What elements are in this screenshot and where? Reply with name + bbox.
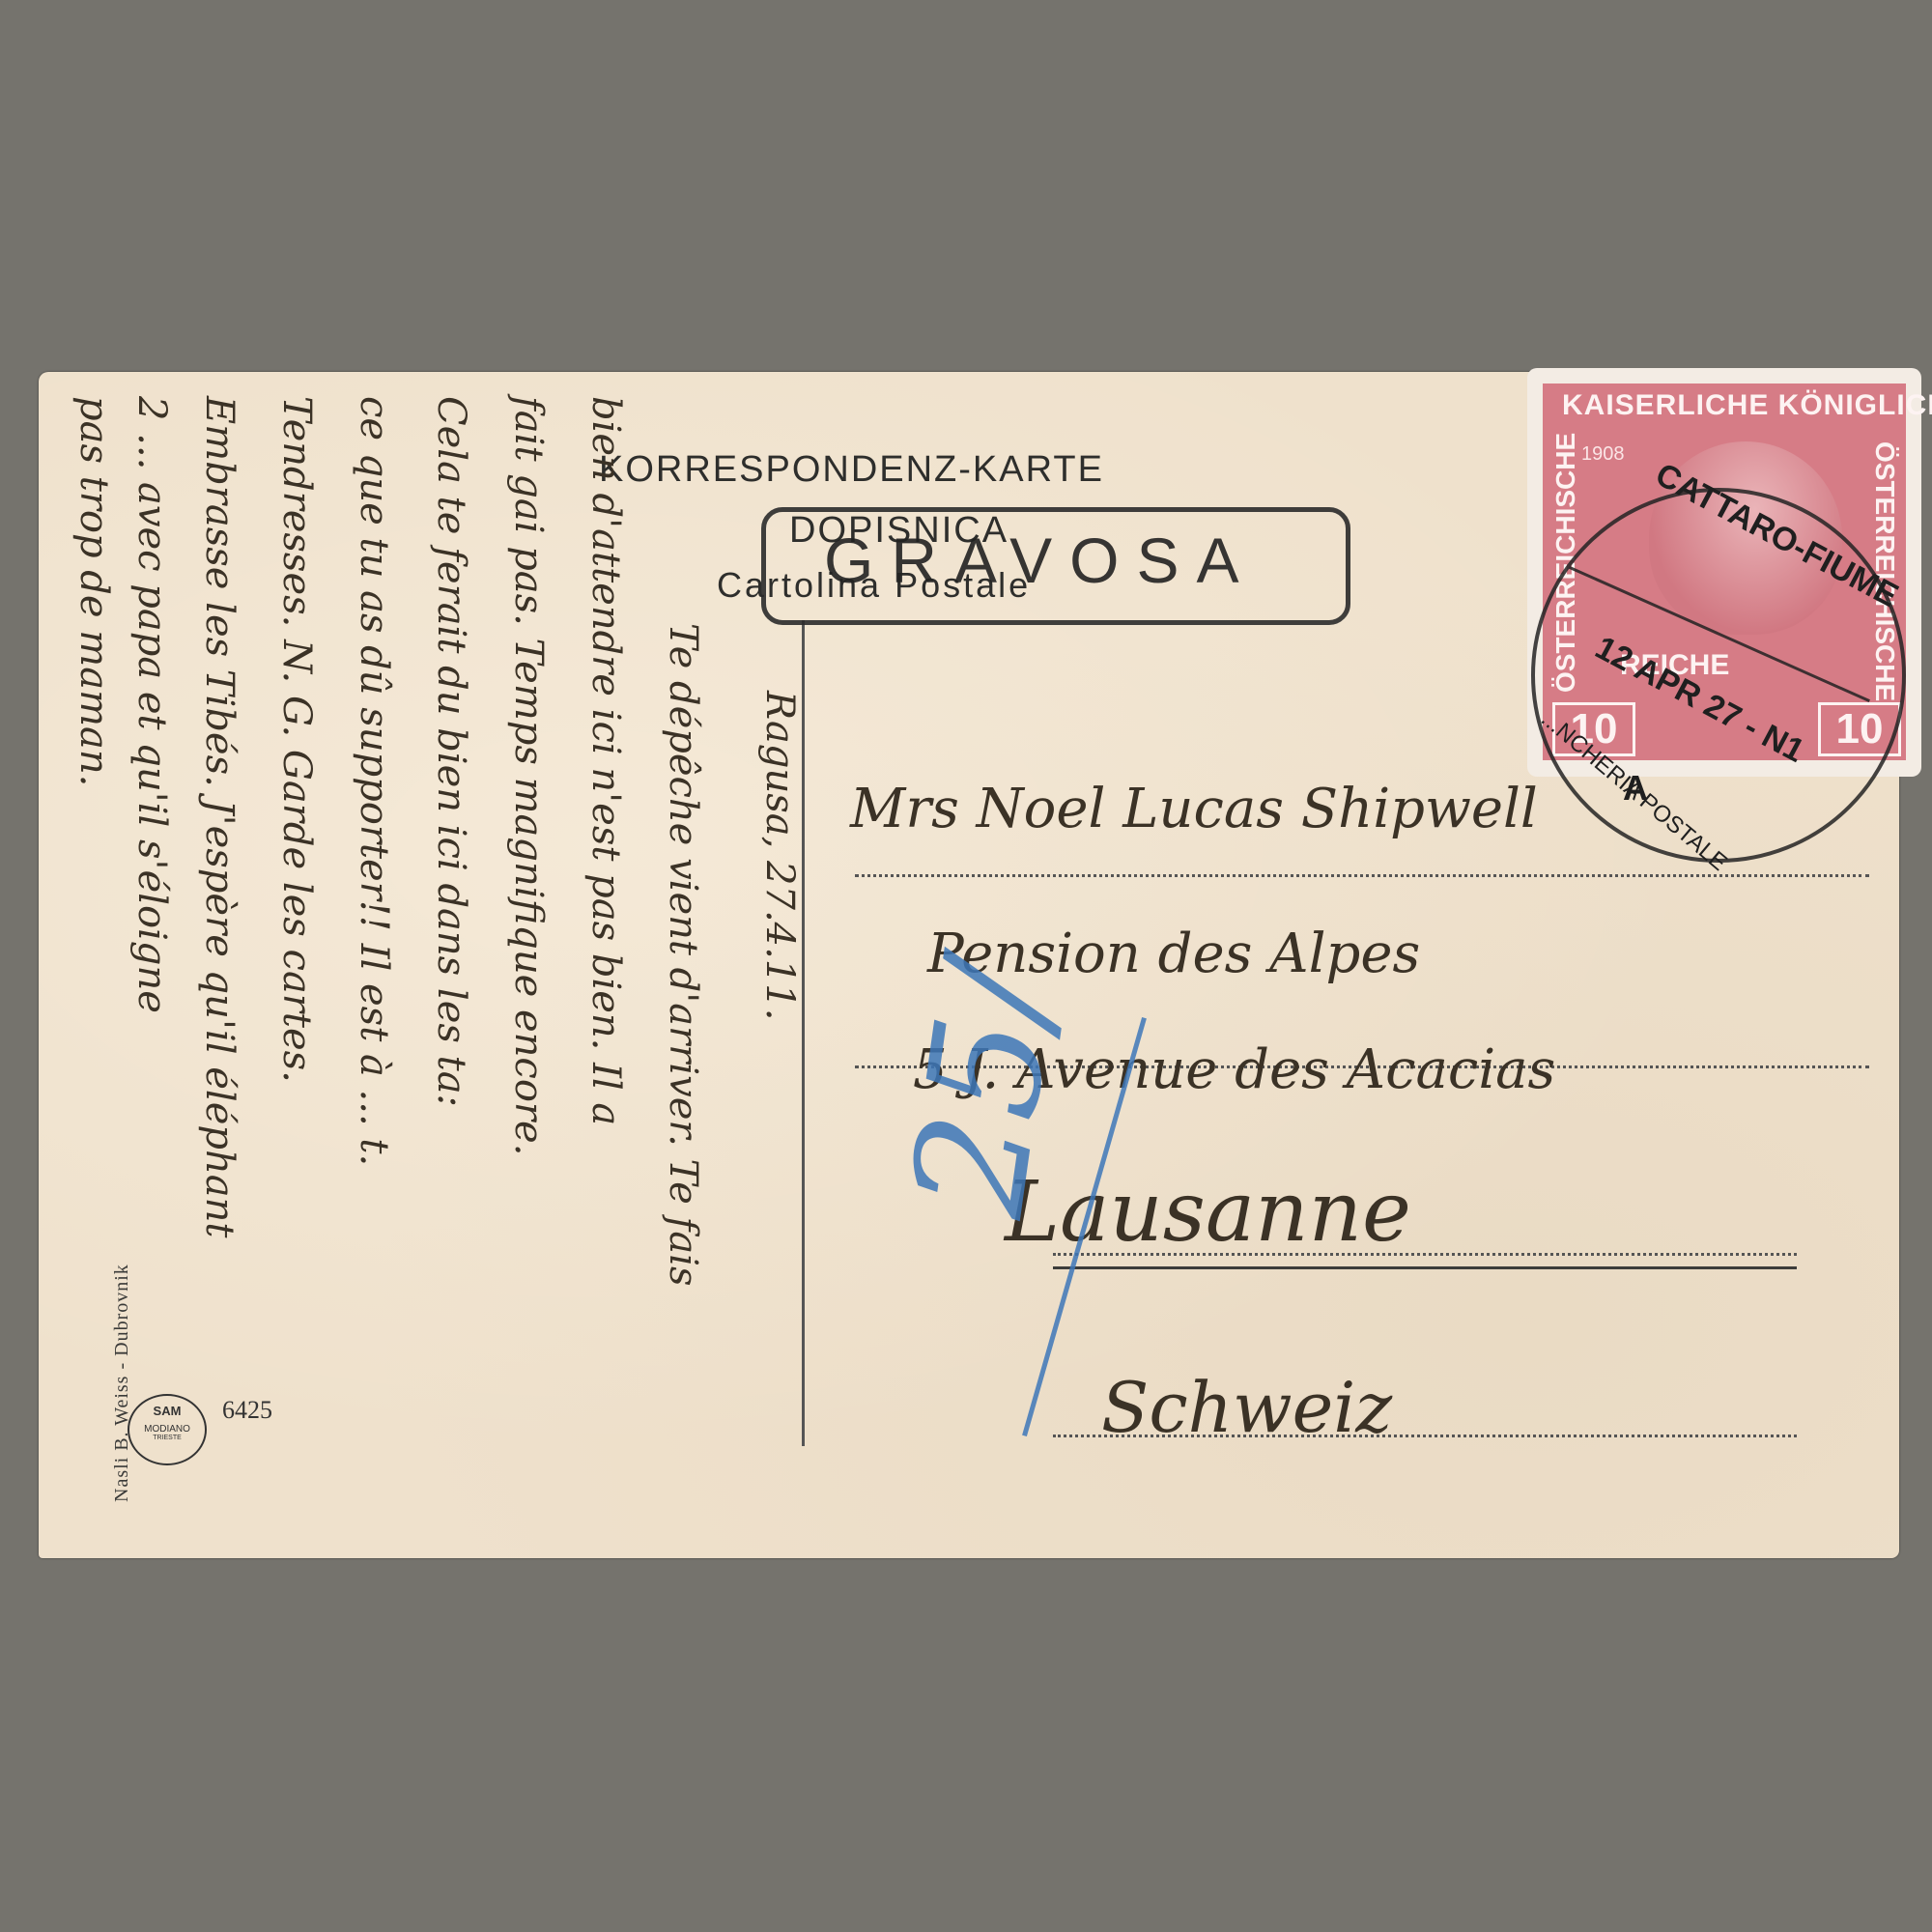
logo-city: TRIESTE <box>129 1435 205 1441</box>
address-city: Lausanne <box>1005 1164 1411 1261</box>
modiano-logo: SAM MODIANO TRIESTE <box>128 1394 207 1465</box>
message-line-5: ce que tu as dû supporter!! Il est à ...… <box>352 396 396 1166</box>
message-line-1: Te dépêche vient d'arriver. Te fais <box>661 623 705 1287</box>
message-line-9: pas trop de maman. <box>71 396 116 786</box>
message-dateline: Ragusa, 27.4.11. <box>757 691 802 1020</box>
logo-name: MODIANO <box>129 1424 205 1435</box>
stamp-top-text: KAISERLICHE KÖNIGLICHE <box>1562 389 1890 422</box>
logo-monogram: SAM <box>129 1404 205 1418</box>
gravosa-text: GRAVOSA <box>824 524 1257 597</box>
address-rule-1 <box>855 874 1869 877</box>
message-line-7: Embrasse les Tibés. J'espère qu'il éléph… <box>197 396 241 1237</box>
header-line-korrespondenz: KORRESPONDENZ-KARTE <box>599 449 1104 491</box>
blue-pencil-annotation: 25/ <box>877 954 1091 1226</box>
gravosa-cancel: GRAVOSA <box>761 507 1350 625</box>
message-line-4: Cela te ferait du bien ici dans les ta: <box>429 396 473 1107</box>
message-line-2: bien d'attendre ici n'est pas bien. Il a <box>583 396 628 1125</box>
publisher-imprint: Nasli B. Weiss - Dubrovnik <box>111 1264 133 1502</box>
postmark-circle <box>1531 488 1906 863</box>
stamp-year: 1908 <box>1581 443 1625 466</box>
message-line-6: Tendresses. N. G. Garde les cartes. <box>274 396 319 1083</box>
card-divider <box>802 620 805 1446</box>
message-line-3: fait gai pas. Temps magnifique encore. <box>506 396 551 1155</box>
postcard: KORRESPONDENZ-KARTE DOPISNICA Cartolina … <box>39 372 1899 1558</box>
card-number: 6425 <box>222 1396 272 1425</box>
message-line-8: 2 ... avec papa et qu'il s'éloigne <box>129 396 174 1013</box>
address-recipient: Mrs Noel Lucas Shipwell <box>850 778 1538 840</box>
address-rule-3-solid <box>1053 1266 1797 1269</box>
address-country: Schweiz <box>1101 1367 1392 1448</box>
